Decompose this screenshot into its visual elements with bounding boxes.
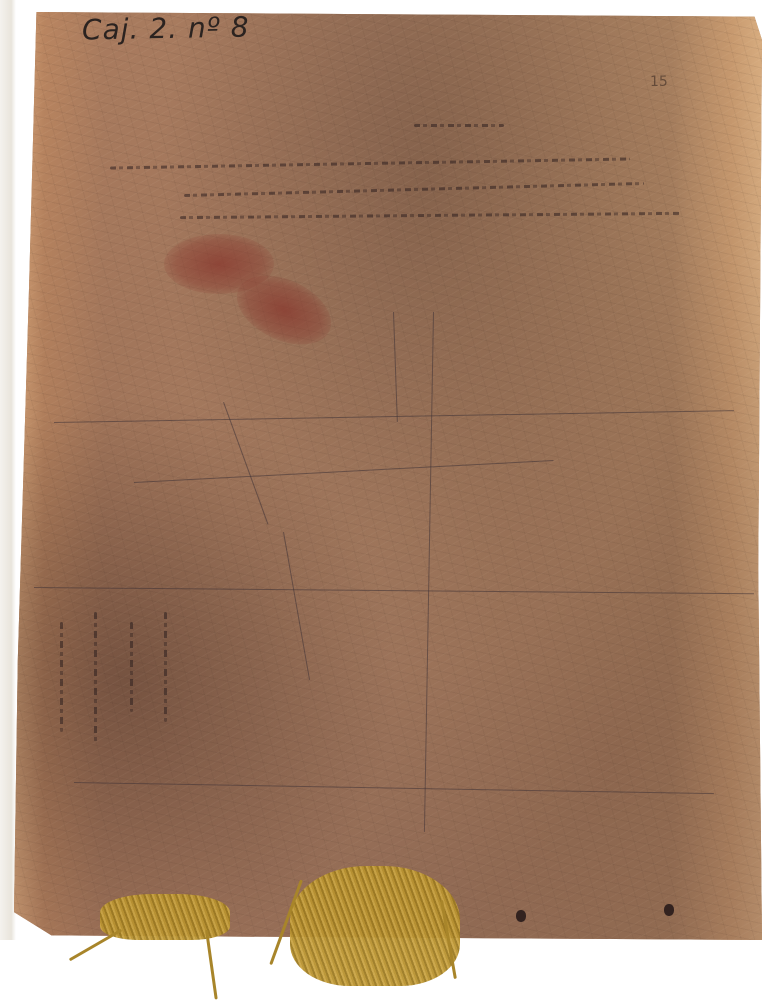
crack [74,782,714,794]
margin-note [130,622,133,712]
margin-note [94,612,97,742]
photo-stage: Caj. 2. nº 8 15 [0,0,776,1000]
crack [393,312,398,422]
dorsal-note-line [414,124,504,127]
stain [226,262,342,359]
silk-cord-right [290,866,460,986]
stain [164,234,274,294]
crack [54,410,734,423]
crack [134,460,553,483]
crack [283,532,310,680]
crack [223,402,268,525]
parchment-sheet [14,12,762,940]
parchment-left-edge [0,0,16,940]
dorsal-note-line [184,182,644,197]
margin-note [60,622,63,732]
crack [34,587,754,594]
cord-strand [205,930,218,1000]
dorsal-note-line [180,212,680,219]
shelfmark: Caj. 2. nº 8 [82,11,250,47]
cord-hole [516,910,526,922]
silk-cord-left [100,894,230,940]
crack [424,312,434,832]
dorsal-note-line [110,157,630,169]
margin-note [164,612,167,722]
cord-hole [664,904,674,916]
folio-number: 15 [650,74,668,90]
